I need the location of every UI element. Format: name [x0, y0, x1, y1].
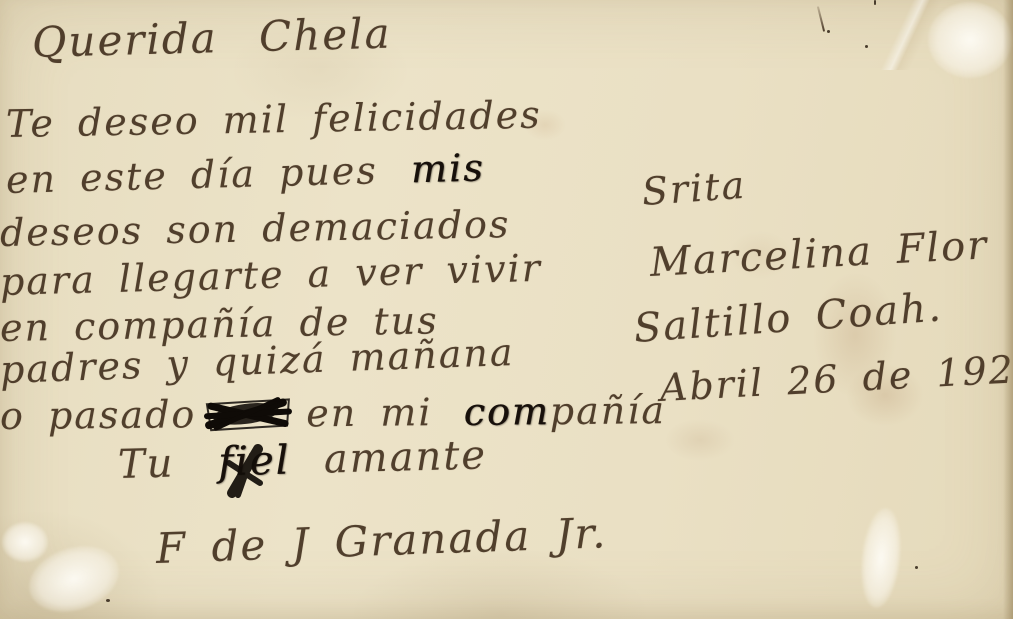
closing-pre: Tu — [117, 441, 175, 488]
body-line-7-heavy: com — [463, 389, 550, 434]
body-line-7-mid: en mi — [306, 390, 433, 435]
body-line-4: para llegarte a ver vivir — [0, 246, 542, 304]
closing-line: Tu fiel amante — [117, 432, 487, 488]
body-line-7: o pasado en mi compañía — [0, 388, 666, 438]
body-line-2: en este día pues mis — [5, 145, 485, 202]
closing-post: amante — [323, 432, 487, 482]
signature: F de J Granada Jr. — [155, 508, 608, 573]
ink-speck — [874, 0, 876, 5]
address-city: Saltillo Coah. — [632, 284, 944, 351]
body-line-3: deseos son demaciados — [0, 202, 511, 255]
body-line-7-pre: o pasado — [0, 392, 196, 438]
address-title: Srita — [640, 163, 747, 214]
scan-edge-shadow — [1003, 0, 1013, 619]
ink-speck — [865, 45, 868, 48]
ink-speck — [827, 30, 830, 33]
worn-patch-top-right — [928, 2, 1012, 78]
postcard-scan: Querida Chela Te deseo mil felicidades e… — [0, 0, 1013, 619]
stray-pen-mark — [817, 6, 825, 32]
worn-patch-bottom-left-1 — [2, 522, 48, 562]
ink-blot — [222, 443, 268, 499]
address-name: Marcelina Flor — [649, 222, 990, 286]
scratched-out-word — [204, 394, 292, 433]
address-date: Abril 26 de 1927 — [659, 346, 1013, 410]
retraced-word: mis — [410, 145, 485, 191]
body-line-2-text: en este día pues — [5, 148, 378, 202]
body-line-1: Te deseo mil felicidades — [6, 93, 542, 146]
worn-patch-bottom-right — [857, 506, 905, 609]
ink-speck — [106, 599, 110, 602]
ink-speck — [915, 566, 918, 569]
salutation: Querida Chela — [31, 9, 392, 67]
body-line-7-post: pañía — [550, 388, 667, 433]
